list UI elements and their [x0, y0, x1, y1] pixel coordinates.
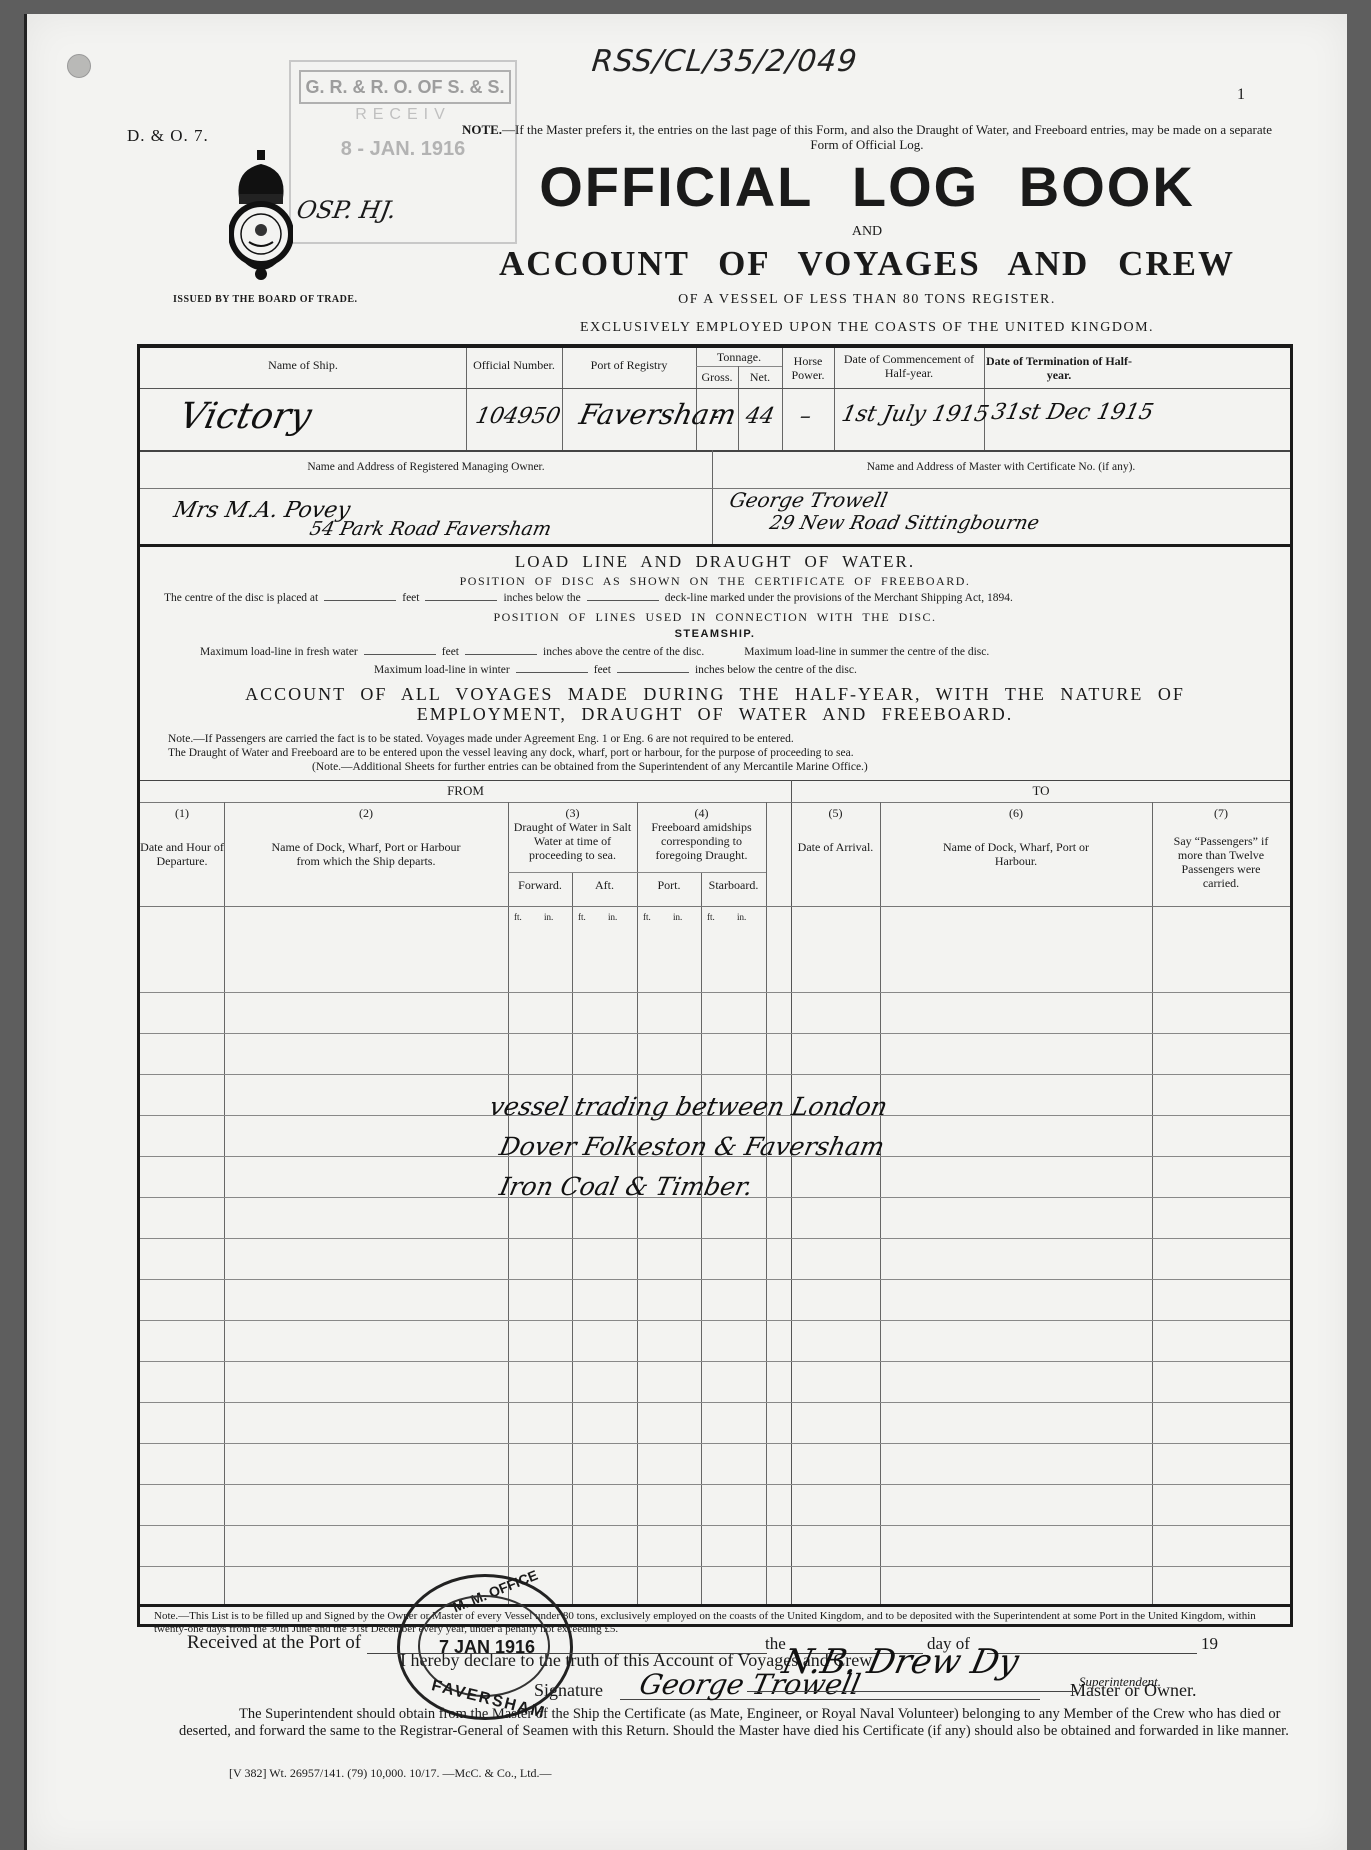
- disc-text-a: The centre of the disc is placed at: [164, 592, 318, 604]
- postmark-date: 7 JAN 1916: [420, 1637, 554, 1658]
- disc-feet-field[interactable]: [324, 599, 396, 601]
- net-tonnage: 44: [743, 404, 776, 429]
- winter-text-c: inches below the centre of the disc.: [695, 664, 857, 676]
- top-note: NOTE.—If the Master prefers it, the entr…: [447, 122, 1287, 152]
- disc-deckline-field[interactable]: [587, 599, 659, 601]
- label-horse-power: Horse Power.: [782, 354, 834, 382]
- title-conjunction: AND: [447, 224, 1287, 240]
- col-1-label: Date and Hour of Departure.: [140, 840, 224, 868]
- disc-text-d: deck-line marked under the provisions of…: [665, 592, 1013, 604]
- ft-unit: ft.: [514, 910, 522, 924]
- winter-feet-field[interactable]: [516, 671, 588, 673]
- label-official-number: Official Number.: [466, 358, 562, 372]
- page-title: OFFICIAL LOG BOOK: [447, 154, 1287, 219]
- top-note-text: —If the Master prefers it, the entries o…: [502, 122, 1272, 152]
- in-unit: in.: [544, 910, 553, 924]
- col-5-header: (5)Date of Arrival.: [791, 806, 880, 854]
- col-1-header: (1)Date and Hour of Departure.: [140, 806, 224, 868]
- col-2-label: Name of Dock, Wharf, Port or Harbour fro…: [266, 840, 466, 868]
- voyage-entry-line-1: vessel trading between London: [487, 1092, 890, 1121]
- ft-unit: ft.: [643, 910, 651, 924]
- the-label: the: [765, 1634, 786, 1654]
- lines-heading: POSITION OF LINES USED IN CONNECTION WIT…: [140, 610, 1290, 625]
- page-subtitle: ACCOUNT OF VOYAGES AND CREW: [447, 244, 1287, 284]
- disc-heading: POSITION OF DISC AS SHOWN ON THE CERTIFI…: [140, 574, 1290, 589]
- fresh-inches-field[interactable]: [465, 653, 537, 655]
- col-7-num: (7): [1152, 806, 1290, 820]
- steamship-heading: STEAMSHIP.: [140, 628, 1290, 640]
- termination-date: 31st Dec 1915: [989, 400, 1155, 425]
- crest-icon: [229, 150, 293, 282]
- label-port: Port of Registry: [562, 358, 696, 372]
- voyage-entry-line-2: Dover Folkeston & Faversham: [497, 1132, 887, 1161]
- col-2-header: (2)Name of Dock, Wharf, Port or Harbour …: [224, 806, 508, 868]
- col-5-label: Date of Arrival.: [791, 840, 880, 854]
- label-ship-name: Name of Ship.: [140, 358, 466, 372]
- fresh-text-a: Maximum load-line in fresh water: [200, 646, 358, 658]
- col-5-num: (5): [791, 806, 880, 820]
- subcol-forward: Forward.: [508, 878, 572, 892]
- col-2-num: (2): [224, 806, 508, 820]
- label-master: Name and Address of Master with Certific…: [712, 460, 1290, 474]
- winter-inches-field[interactable]: [617, 671, 689, 673]
- disc-text-c: inches below the: [503, 592, 580, 604]
- winter-line: Maximum load-line in winterfeetinches be…: [374, 664, 857, 676]
- superintendent-label: Superintendent.: [1079, 1674, 1161, 1690]
- label-net: Net.: [738, 370, 782, 384]
- to-heading: TO: [791, 784, 1291, 798]
- fresh-water-line: Maximum load-line in fresh waterfeetinch…: [200, 646, 989, 658]
- owner-address: 54 Park Road Faversham: [308, 518, 554, 540]
- ship-name: Victory: [176, 396, 315, 437]
- winter-text-b: feet: [594, 664, 611, 676]
- voyages-title-2: EMPLOYMENT, DRAUGHT OF WATER AND FREEBOA…: [140, 704, 1290, 724]
- in-unit: in.: [673, 910, 682, 924]
- voyages-note-2: The Draught of Water and Freeboard are t…: [168, 746, 1268, 760]
- col-6-label: Name of Dock, Wharf, Port or Harbour.: [926, 840, 1106, 868]
- label-commencement: Date of Commencement of Half-year.: [834, 352, 984, 380]
- commencement-date: 1st July 1915: [839, 402, 991, 427]
- ft-unit: ft.: [707, 910, 715, 924]
- official-number: 104950: [473, 404, 562, 429]
- col-3-header: (3)Draught of Water in Salt Water at tim…: [508, 806, 637, 862]
- subcol-aft: Aft.: [572, 878, 637, 892]
- fresh-text-c: inches above the centre of the disc.: [543, 646, 704, 658]
- summer-text: Maximum load-line in summer the centre o…: [744, 646, 989, 658]
- form-code: D. & O. 7.: [127, 126, 209, 146]
- postmark-stamp: M. M. OFFICE 7 JAN 1916 FAVERSHAM: [397, 1574, 573, 1720]
- disc-position-text: The centre of the disc is placed atfeeti…: [164, 592, 1013, 604]
- col-4-num: (4): [637, 806, 766, 820]
- voyages-title-1: ACCOUNT OF ALL VOYAGES MADE DURING THE H…: [140, 684, 1290, 704]
- fresh-feet-field[interactable]: [364, 653, 436, 655]
- label-owner: Name and Address of Registered Managing …: [140, 460, 712, 474]
- received-port-field[interactable]: [367, 1652, 767, 1654]
- label-tonnage: Tonnage.: [696, 350, 782, 364]
- col-6-header: (6)Name of Dock, Wharf, Port or Harbour.: [880, 806, 1152, 868]
- col-4-label: Freeboard amidships corresponding to for…: [637, 820, 766, 862]
- horse-power: –: [797, 404, 813, 429]
- disc-inches-field[interactable]: [425, 599, 497, 601]
- issued-by: ISSUED BY THE BOARD OF TRADE.: [173, 294, 358, 305]
- col-4-header: (4)Freeboard amidships corresponding to …: [637, 806, 766, 862]
- form-frame: Name of Ship. Official Number. Port of R…: [137, 344, 1293, 1627]
- voyage-entry-line-3: Iron Coal & Timber.: [497, 1172, 756, 1201]
- ft-unit: ft.: [578, 910, 586, 924]
- voyages-note-3: (Note.—Additional Sheets for further ent…: [312, 760, 1371, 774]
- stamp-office: G. R. & R. O. OF S. & S.: [299, 70, 511, 104]
- clerk-initials: OSP. HJ.: [295, 196, 399, 224]
- received-port-label: Received at the Port of: [187, 1632, 361, 1654]
- label-gross: Gross.: [696, 370, 738, 384]
- winter-text-a: Maximum load-line in winter: [374, 664, 510, 676]
- top-note-label: NOTE.: [462, 122, 502, 137]
- col-1-num: (1): [140, 806, 224, 820]
- master-address: 29 New Road Sittingbourne: [768, 512, 1042, 534]
- col-7-header: (7)Say “Passengers” if more than Twelve …: [1152, 806, 1290, 890]
- superintendent-signature: N.B. Drew Dy: [779, 1642, 1023, 1682]
- disc-text-b: feet: [402, 592, 419, 604]
- label-termination: Date of Termination of Half-year.: [984, 354, 1134, 382]
- col-3-label: Draught of Water in Salt Water at time o…: [508, 820, 637, 862]
- punch-hole: [67, 54, 91, 78]
- in-unit: in.: [737, 910, 746, 924]
- archive-reference: RSS/CL/35/2/049: [590, 44, 859, 79]
- from-heading: FROM: [140, 784, 791, 798]
- load-line-title: LOAD LINE AND DRAUGHT OF WATER.: [140, 552, 1290, 572]
- vessel-class-note: OF A VESSEL OF LESS THAN 80 TONS REGISTE…: [447, 292, 1287, 308]
- master-name: George Trowell: [727, 488, 889, 512]
- page-number: 1: [1237, 86, 1245, 104]
- log-book-page: RSS/CL/35/2/049 1 D. & O. 7. G. R. & R. …: [24, 14, 1347, 1850]
- voyages-note-1: Note.—If Passengers are carried the fact…: [168, 732, 1268, 746]
- col-6-num: (6): [880, 806, 1152, 820]
- printer-imprint: [V 382] Wt. 26957/141. (79) 10,000. 10/1…: [229, 1766, 552, 1781]
- superintendent-instructions: The Superintendent should obtain from th…: [179, 1706, 1289, 1740]
- year-prefix: 19: [1201, 1634, 1218, 1654]
- employment-note: EXCLUSIVELY EMPLOYED UPON THE COASTS OF …: [447, 320, 1287, 336]
- in-unit: in.: [608, 910, 617, 924]
- col-3-num: (3): [508, 806, 637, 820]
- fresh-text-b: feet: [442, 646, 459, 658]
- subcol-port: Port.: [637, 878, 701, 892]
- col-7-label: Say “Passengers” if more than Twelve Pas…: [1166, 834, 1276, 890]
- subcol-starboard: Starboard.: [701, 878, 766, 892]
